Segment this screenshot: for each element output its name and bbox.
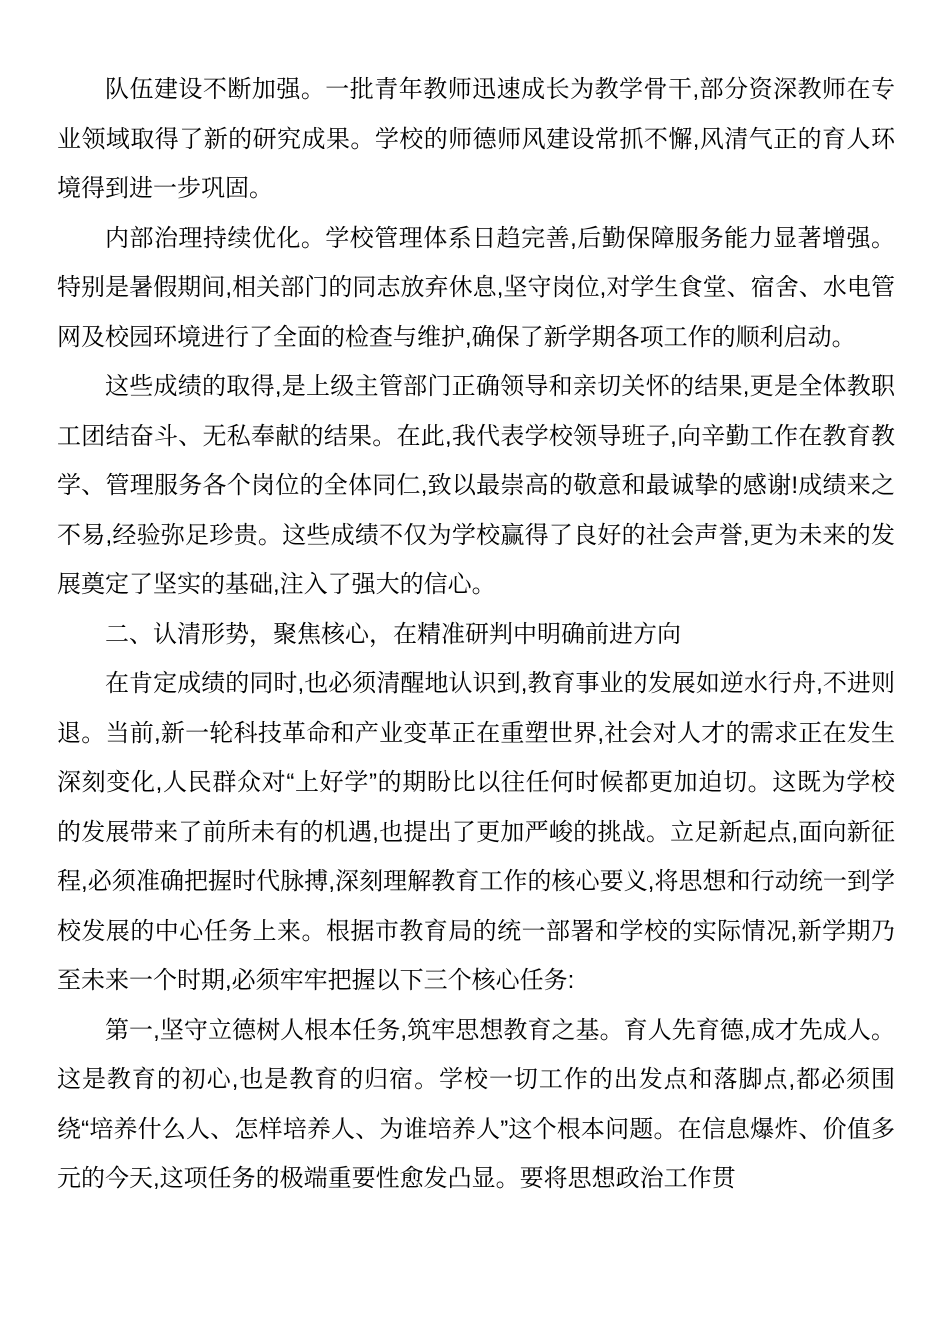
document-body: 队伍建设不断加强。一批青年教师迅速成长为教学骨干,部分资深教师在专业领域取得了新… — [57, 65, 895, 1204]
body-paragraph: 队伍建设不断加强。一批青年教师迅速成长为教学骨干,部分资深教师在专业领域取得了新… — [57, 65, 895, 214]
body-paragraph: 内部治理持续优化。学校管理体系日趋完善,后勤保障服务能力显著增强。特别是暑假期间… — [57, 214, 895, 363]
document-page: 队伍建设不断加强。一批青年教师迅速成长为教学骨干,部分资深教师在专业领域取得了新… — [0, 0, 950, 1344]
body-paragraph: 这些成绩的取得,是上级主管部门正确领导和亲切关怀的结果,更是全体教职工团结奋斗、… — [57, 362, 895, 610]
section-heading: 二、认清形势，聚焦核心，在精准研判中明确前进方向 — [57, 610, 895, 660]
body-paragraph: 在肯定成绩的同时,也必须清醒地认识到,教育事业的发展如逆水行舟,不进则退。当前,… — [57, 659, 895, 1006]
body-paragraph: 第一,坚守立德树人根本任务,筑牢思想教育之基。育人先育德,成才先成人。这是教育的… — [57, 1006, 895, 1204]
